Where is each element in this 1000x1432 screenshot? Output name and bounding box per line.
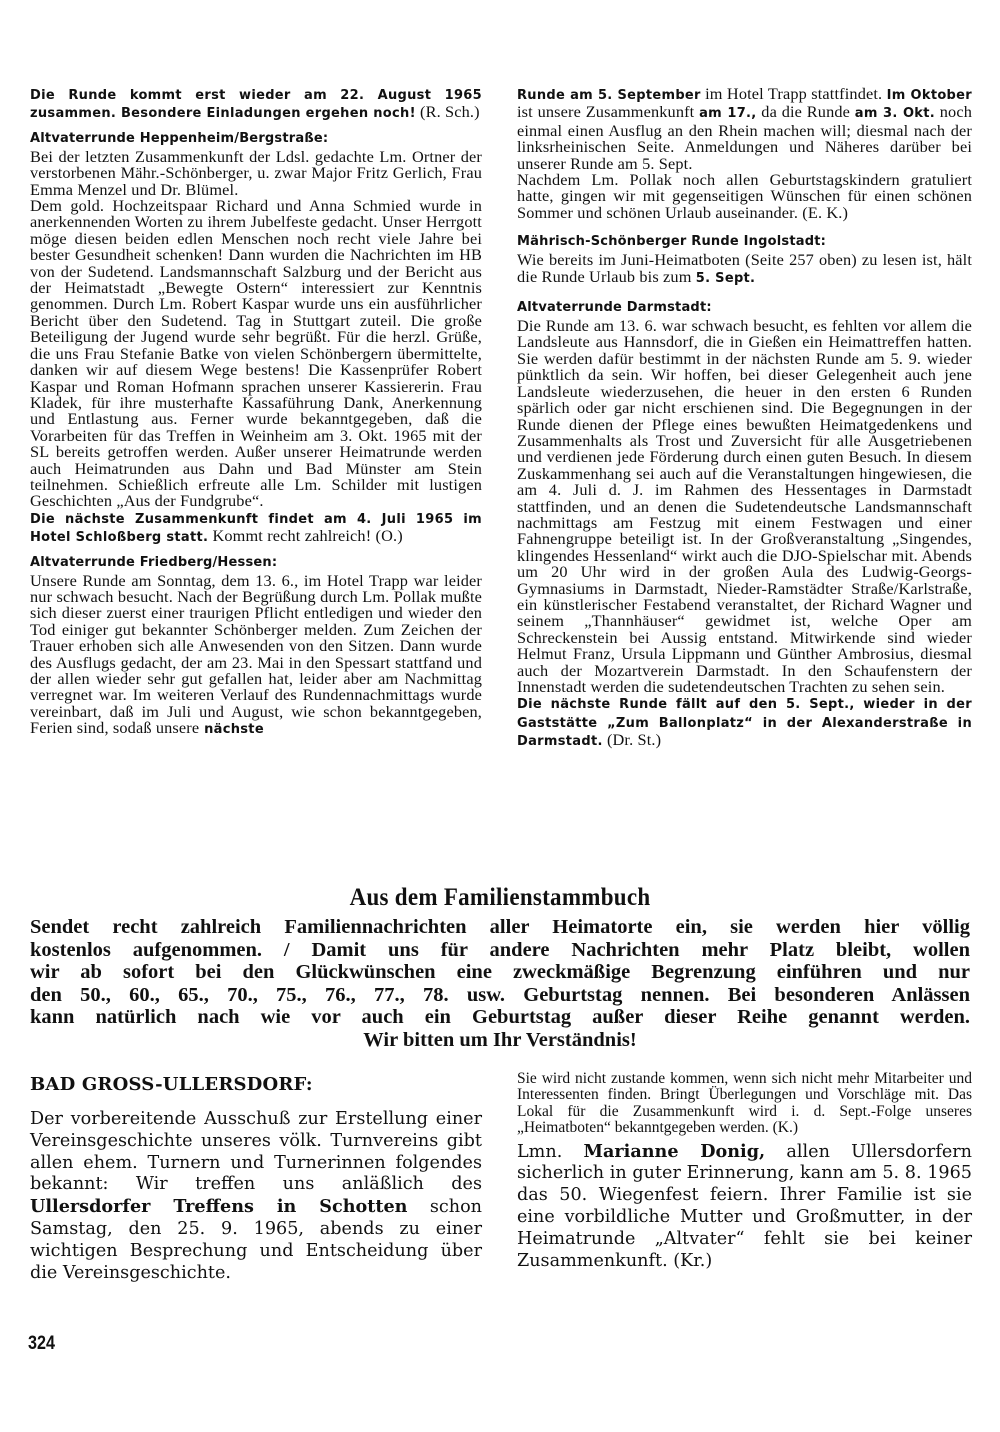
plain-text: da die Runde: [757, 102, 855, 121]
ingolstadt-paragraph: Wie bereits im Juni-Heimatboten (Seite 2…: [517, 252, 972, 287]
heppenheim-closing: Die nächste Zusammenkunft findet am 4. J…: [30, 510, 482, 547]
bold-date: Im Oktober: [887, 88, 972, 103]
section-heading-bad-gross-ullersdorf: BAD GROSS-ULLERSDORF:: [30, 1074, 482, 1095]
friedberg-text: Unsere Runde am Sonntag, dem 13. 6., im …: [30, 571, 482, 738]
person-name: Marianne Donig,: [584, 1141, 766, 1162]
plain-text: Der vorbereitende Ausschuß zur Erstellun…: [30, 1109, 482, 1194]
heppenheim-paragraph-2: Dem gold. Hochzeitspaar Richard und Anna…: [30, 198, 482, 510]
intro-line: Sendet recht zahlreich Familiennachricht…: [30, 916, 970, 939]
intro-line-closing: Wir bitten um Ihr Verständnis!: [30, 1029, 970, 1052]
darmstadt-closing-bold: Die nächste Runde fällt auf den 5. Sept.…: [517, 697, 972, 749]
section-heading-ingolstadt: Mährisch-Schönberger Runde Ingolstadt:: [517, 233, 972, 250]
right-column: Runde am 5. September im Hotel Trapp sta…: [517, 86, 972, 751]
friedberg-farewell: Nachdem Lm. Pollak noch allen Geburtstag…: [517, 172, 972, 221]
plain-text: im Hotel Trapp stattfindet.: [701, 84, 887, 103]
bold-date: am 17.,: [699, 106, 756, 121]
darmstadt-closing-sign: (Dr. St.): [603, 730, 661, 749]
intro-line: kann natürlich nach wie vor auch ein Geb…: [30, 1006, 970, 1029]
intro-note-sign: (R. Sch.): [416, 102, 480, 121]
darmstadt-paragraph: Die Runde am 13. 6. war schwach besucht,…: [517, 318, 972, 695]
intro-line: wir ab sofort bei den Glückwünschen eine…: [30, 961, 970, 984]
intro-note: Die Runde kommt erst wieder am 22. Augus…: [30, 86, 482, 123]
page-number: 324: [28, 1333, 55, 1355]
darmstadt-closing: Die nächste Runde fällt auf den 5. Sept.…: [517, 695, 972, 750]
intro-note-bold: Die Runde kommt erst wieder am 22. Augus…: [30, 88, 482, 121]
bold-date: am 3. Okt.: [855, 106, 935, 121]
vereinsgeschichte-paragraph: Der vorbereitende Ausschuß zur Erstellun…: [30, 1109, 482, 1284]
event-name: Ullersdorfer Treffens in Schotten: [30, 1196, 407, 1217]
plain-text: Lmn.: [517, 1142, 584, 1162]
ingolstadt-date: 5. Sept.: [696, 271, 756, 286]
bold-date: Runde am 5. September: [517, 88, 701, 103]
section-title-familienstammbuch: Aus dem Familienstammbuch: [40, 884, 960, 912]
plain-text: ist unsere Zusammenkunft: [517, 102, 699, 121]
heppenheim-paragraph-1: Bei der letzten Zusammenkunft der Ldsl. …: [30, 149, 482, 198]
bad-gross-ullersdorf-right: Sie wird nicht zustande kommen, wenn sic…: [517, 1071, 972, 1272]
friedberg-continuation-bold: nächste: [199, 722, 264, 737]
section-heading-heppenheim: Altvaterrunde Heppenheim/Bergstraße:: [30, 130, 482, 147]
intro-line: den 50., 60., 65., 70., 75., 76., 77., 7…: [30, 984, 970, 1007]
friedberg-continued: Runde am 5. September im Hotel Trapp sta…: [517, 86, 972, 172]
friedberg-paragraph: Unsere Runde am Sonntag, dem 13. 6., im …: [30, 573, 482, 739]
section-heading-friedberg: Altvaterrunde Friedberg/Hessen:: [30, 554, 482, 571]
familienstammbuch-intro: Sendet recht zahlreich Familiennachricht…: [30, 916, 970, 1052]
vereinsgeschichte-continued: Sie wird nicht zustande kommen, wenn sic…: [517, 1071, 972, 1137]
left-column: Die Runde kommt erst wieder am 22. Augus…: [30, 86, 482, 739]
section-heading-darmstadt: Altvaterrunde Darmstadt:: [517, 299, 972, 316]
heppenheim-closing-plain: Kommt recht zahlreich! (O.): [208, 526, 403, 545]
bad-gross-ullersdorf-left: BAD GROSS-ULLERSDORF: Der vorbereitende …: [30, 1074, 482, 1284]
intro-line: kostenlos aufgenommen. / Damit uns für a…: [30, 939, 970, 962]
birthday-notice: Lmn. Marianne Donig, allen Ullersdorfern…: [517, 1141, 972, 1273]
